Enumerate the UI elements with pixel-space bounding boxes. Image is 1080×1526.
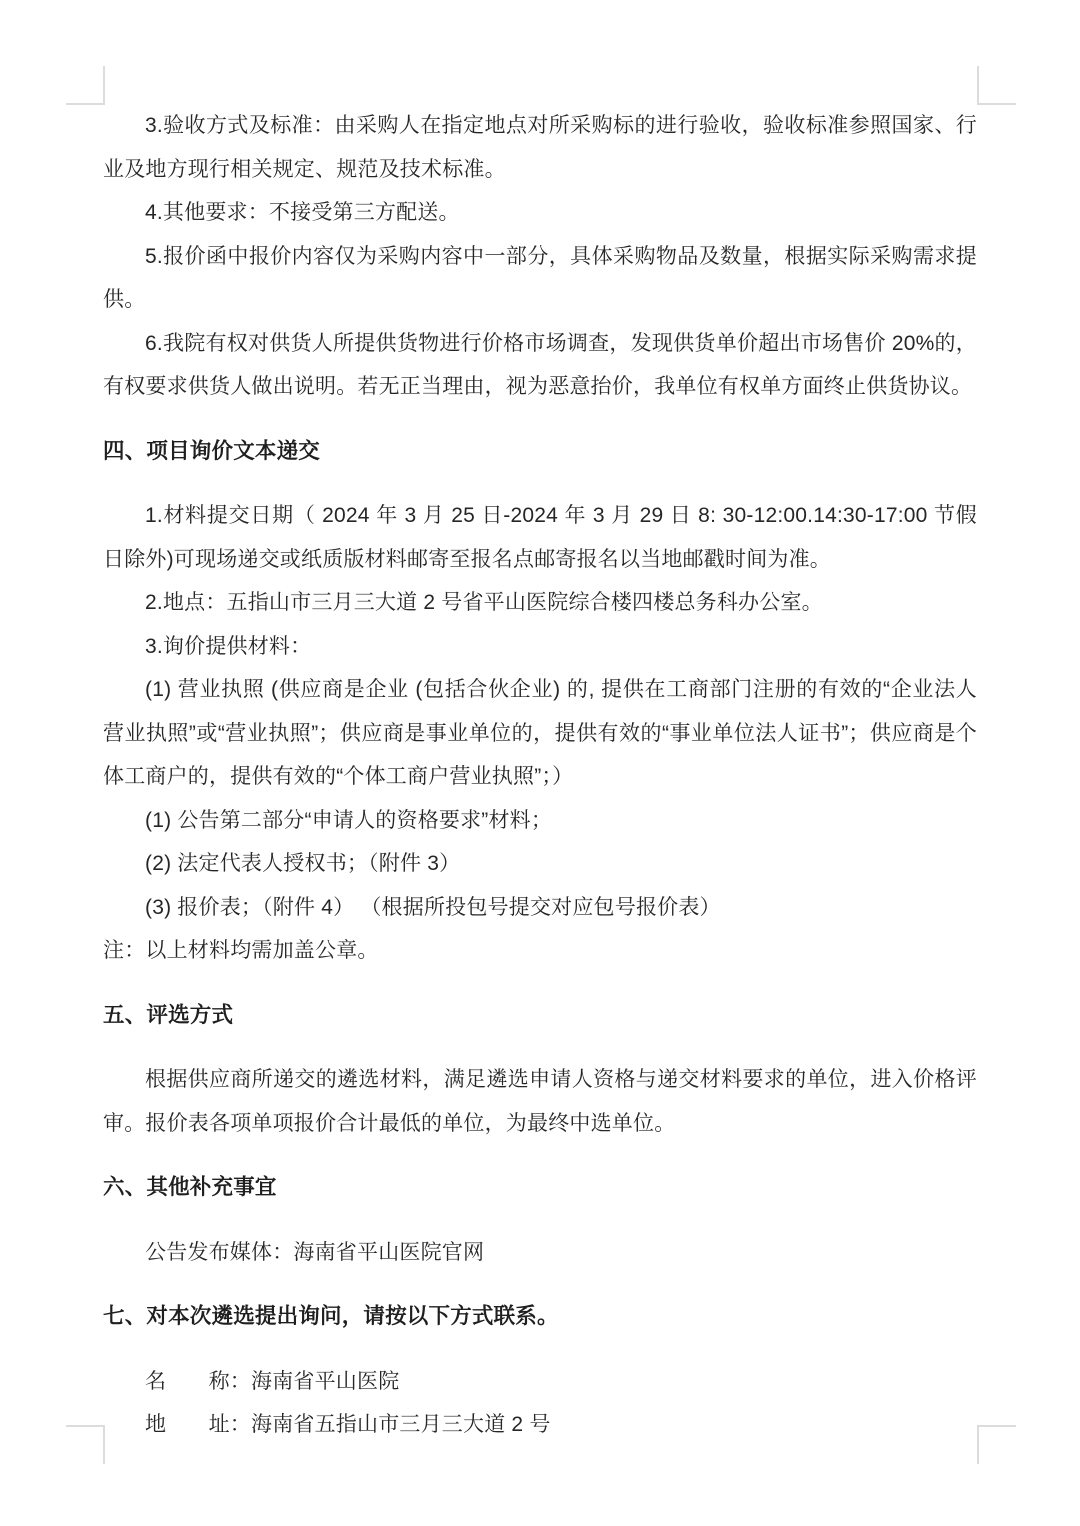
list-item-qualification: (1) 公告第二部分“申请人的资格要求”材料；	[103, 799, 977, 843]
paragraph-business-license: (1) 营业执照 (供应商是企业 (包括合伙企业) 的, 提供在工商部门注册的有…	[103, 668, 977, 799]
text-boundary-mark-bottom-left	[66, 1425, 105, 1464]
paragraph-submission-date: 1.材料提交日期（ 2024 年 3 月 25 日-2024 年 3 月 29 …	[103, 494, 977, 581]
section-heading-4-submission: 四、项目询价文本递交	[103, 430, 977, 474]
paragraph-announcement-media: 公告发布媒体：海南省平山医院官网	[103, 1231, 977, 1275]
list-item-quotation-form: (3) 报价表；（附件 4） （根据所投包号提交对应包号报价表）	[103, 886, 977, 930]
document-body: 3.验收方式及标准：由采购人在指定地点对所采购标的进行验收，验收标准参照国家、行…	[103, 104, 977, 1447]
document-page: 3.验收方式及标准：由采购人在指定地点对所采购标的进行验收，验收标准参照国家、行…	[0, 0, 1080, 1526]
paragraph-contact-name: 名 称：海南省平山医院	[103, 1360, 977, 1404]
section-heading-5-evaluation: 五、评选方式	[103, 994, 977, 1038]
text-boundary-mark-top-left	[66, 66, 105, 105]
text-boundary-mark-bottom-right	[977, 1425, 1016, 1464]
paragraph-note-seal: 注：以上材料均需加盖公章。	[103, 929, 977, 973]
paragraph-price-survey: 6.我院有权对供货人所提供货物进行价格市场调查，发现供货单价超出市场售价 20%…	[103, 322, 977, 409]
paragraph-acceptance-standard: 3.验收方式及标准：由采购人在指定地点对所采购标的进行验收，验收标准参照国家、行…	[103, 104, 977, 191]
text-boundary-mark-top-right	[977, 66, 1016, 105]
section-heading-7-contact: 七、对本次遴选提出询问，请按以下方式联系。	[103, 1295, 977, 1339]
paragraph-quotation-scope: 5.报价函中报价内容仅为采购内容中一部分，具体采购物品及数量，根据实际采购需求提…	[103, 235, 977, 322]
section-heading-6-supplementary: 六、其他补充事宜	[103, 1166, 977, 1210]
list-item-authorization: (2) 法定代表人授权书；（附件 3）	[103, 842, 977, 886]
paragraph-submission-location: 2.地点：五指山市三月三大道 2 号省平山医院综合楼四楼总务科办公室。	[103, 581, 977, 625]
paragraph-materials-intro: 3.询价提供材料：	[103, 625, 977, 669]
paragraph-contact-address: 地 址：海南省五指山市三月三大道 2 号	[103, 1403, 977, 1447]
paragraph-other-requirements: 4.其他要求：不接受第三方配送。	[103, 191, 977, 235]
paragraph-evaluation-method: 根据供应商所递交的遴选材料，满足遴选申请人资格与递交材料要求的单位，进入价格评审…	[103, 1058, 977, 1145]
